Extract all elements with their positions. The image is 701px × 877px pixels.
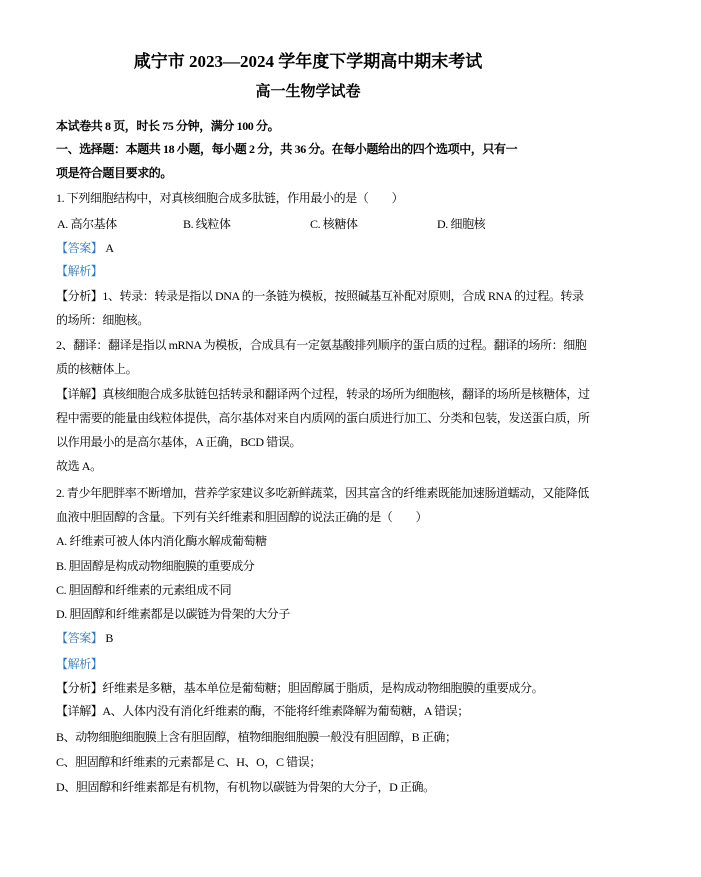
q1-explanation-line: 程中需要的能量由线粒体提供，高尔基体对来自内质网的蛋白质进行加工、分类和包装，发…	[56, 411, 568, 425]
q2-analysis-label: 【解析】	[56, 657, 568, 671]
q1-answer-line: 【答案】A	[56, 241, 568, 255]
q1-option-c: C. 核糖体	[310, 217, 358, 231]
q1-option-b: B. 线粒体	[183, 217, 231, 231]
q2-option-b: B. 胆固醇是构成动物细胞膜的重要成分	[56, 559, 568, 573]
q1-answer-value: A	[105, 241, 113, 255]
q2-option-a: A. 纤维素可被人体内消化酶水解成葡萄糖	[56, 534, 568, 548]
q1-stem: 1. 下列细胞结构中，对真核细胞合成多肽链，作用最小的是（ ）	[56, 191, 568, 205]
q2-stem-line-2: 血液中胆固醇的含量。下列有关纤维素和胆固醇的说法正确的是（ ）	[56, 510, 568, 524]
q1-answer-label: 【答案】	[56, 241, 102, 255]
q1-explanation-line: 以作用最小的是高尔基体，A 正确，BCD 错误。	[56, 435, 568, 449]
q1-conclusion-line: 故选 A。	[56, 459, 568, 473]
section-heading-line-1: 一、选择题：本题共 18 小题，每小题 2 分，共 36 分。在每小题给出的四个…	[56, 142, 568, 156]
exam-document-page: 咸宁市 2023—2024 学年度下学期高中期末考试 高一生物学试卷 本试卷共 …	[0, 0, 701, 877]
exam-subtitle: 高一生物学试卷	[56, 84, 560, 101]
q1-option-d: D. 细胞核	[437, 217, 485, 231]
q2-option-d: D. 胆固醇和纤维素都是以碳链为骨架的大分子	[56, 607, 568, 621]
q2-answer-label: 【答案】	[56, 631, 102, 645]
q2-option-c: C. 胆固醇和纤维素的元素组成不同	[56, 583, 568, 597]
section-heading-line-2: 项是符合题目要求的。	[56, 166, 568, 180]
q2-analysis-label-text: 【解析】	[56, 657, 102, 671]
q1-option-a: A. 高尔基体	[57, 217, 117, 231]
q1-explanation-line: 2、翻译：翻译是指以 mRNA 为模板，合成具有一定氨基酸排列顺序的蛋白质的过程…	[56, 338, 568, 352]
q2-explanation-line: 【详解】A、人体内没有消化纤维素的酶，不能将纤维素降解为葡萄糖，A 错误；	[56, 704, 568, 718]
q1-explanation-line: 【分析】1、转录：转录是指以 DNA 的一条链为模板，按照碱基互补配对原则，合成…	[56, 289, 568, 303]
q1-analysis-label: 【解析】	[56, 264, 568, 278]
q2-stem-line-1: 2. 青少年肥胖率不断增加，营养学家建议多吃新鲜蔬菜，因其富含的纤维素既能加速肠…	[56, 486, 568, 500]
q1-analysis-label-text: 【解析】	[56, 264, 102, 278]
exam-title: 咸宁市 2023—2024 学年度下学期高中期末考试	[56, 52, 560, 71]
q1-explanation-line: 的场所：细胞核。	[56, 313, 568, 327]
q1-explanation-line: 【详解】真核细胞合成多肽链包括转录和翻译两个过程，转录的场所为细胞核，翻译的场所…	[56, 387, 568, 401]
q2-explanation-line: B、动物细胞细胞膜上含有胆固醇，植物细胞细胞膜一般没有胆固醇，B 正确；	[56, 730, 568, 744]
exam-notice: 本试卷共 8 页，时长 75 分钟，满分 100 分。	[56, 119, 568, 133]
q1-explanation-line: 质的核糖体上。	[56, 362, 568, 376]
q2-explanation-line: D、胆固醇和纤维素都是有机物，有机物以碳链为骨架的大分子，D 正确。	[56, 780, 568, 794]
q2-answer-line: 【答案】B	[56, 631, 568, 645]
q2-answer-value: B	[105, 631, 113, 645]
q2-explanation-line: 【分析】纤维素是多糖，基本单位是葡萄糖；胆固醇属于脂质，是构成动物细胞膜的重要成…	[56, 681, 568, 695]
q2-explanation-line: C、胆固醇和纤维素的元素都是 C、H、O，C 错误；	[56, 755, 568, 769]
